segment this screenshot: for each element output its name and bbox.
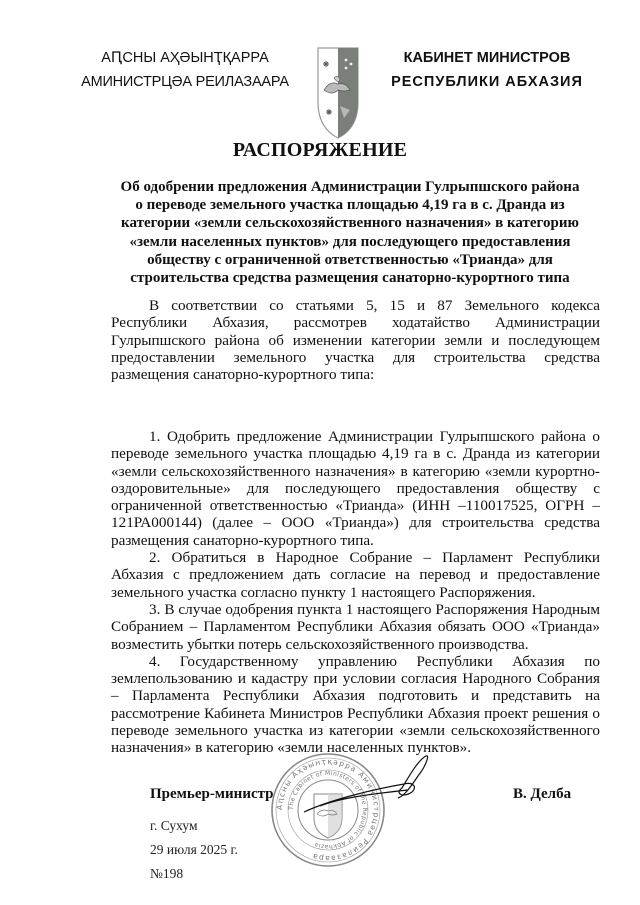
signatory-position: Премьер-министр [150,786,274,803]
decision-item-3: 3. В случае одобрения пункта 1 настоящег… [111,601,600,653]
header-right-line2: РЕСПУБЛИКИ АБХАЗИЯ [372,70,602,94]
decision-item-2: 2. Обратиться в Народное Собрание – Парл… [111,549,600,601]
header-abkhaz-title: АԤСНЫ АҲӘЫНҬҚАРРА АМИНИСТРЦӘА РЕИЛАЗААРА [60,46,310,94]
document-subject: Об одобрении предложения Администрации Г… [100,178,600,287]
subject-line: «земли населенных пунктов» для последующ… [100,233,600,251]
signatory-name: В. Делба [513,786,571,803]
header-right-line1: КАБИНЕТ МИНИСТРОВ [372,46,602,70]
decision-item-4: 4. Государственному управлению Республик… [111,653,600,757]
preamble-section: В соответствии со статьями 5, 15 и 87 Зе… [111,297,600,383]
subject-line: о переводе земельного участка площадью 4… [100,196,600,214]
document-number: №198 [150,866,183,882]
decision-item-1: 1. Одобрить предложение Администрации Гу… [111,428,600,549]
issue-date: 29 июля 2025 г. [150,842,238,858]
header-russian-title: КАБИНЕТ МИНИСТРОВ РЕСПУБЛИКИ АБХАЗИЯ [372,46,602,94]
issue-city: г. Сухум [150,818,198,834]
document-page: АԤСНЫ АҲӘЫНҬҚАРРА АМИНИСТРЦӘА РЕИЛАЗААРА… [0,0,640,905]
coat-of-arms-icon [316,40,360,140]
handwritten-signature [300,752,430,832]
document-type-title: РАСПОРЯЖЕНИЕ [0,139,640,162]
subject-line: обществу с ограниченной ответственностью… [100,251,600,269]
subject-line: строительства средства размещения санато… [100,269,600,287]
subject-line: категории «земли сельскохозяйственного н… [100,214,600,232]
subject-line: Об одобрении предложения Администрации Г… [100,178,600,196]
header-left-line2: АМИНИСТРЦӘА РЕИЛАЗААРА [60,70,310,94]
preamble-paragraph: В соответствии со статьями 5, 15 и 87 Зе… [111,297,600,383]
decision-items: 1. Одобрить предложение Администрации Гу… [111,428,600,757]
header-left-line1: АԤСНЫ АҲӘЫНҬҚАРРА [60,46,310,70]
